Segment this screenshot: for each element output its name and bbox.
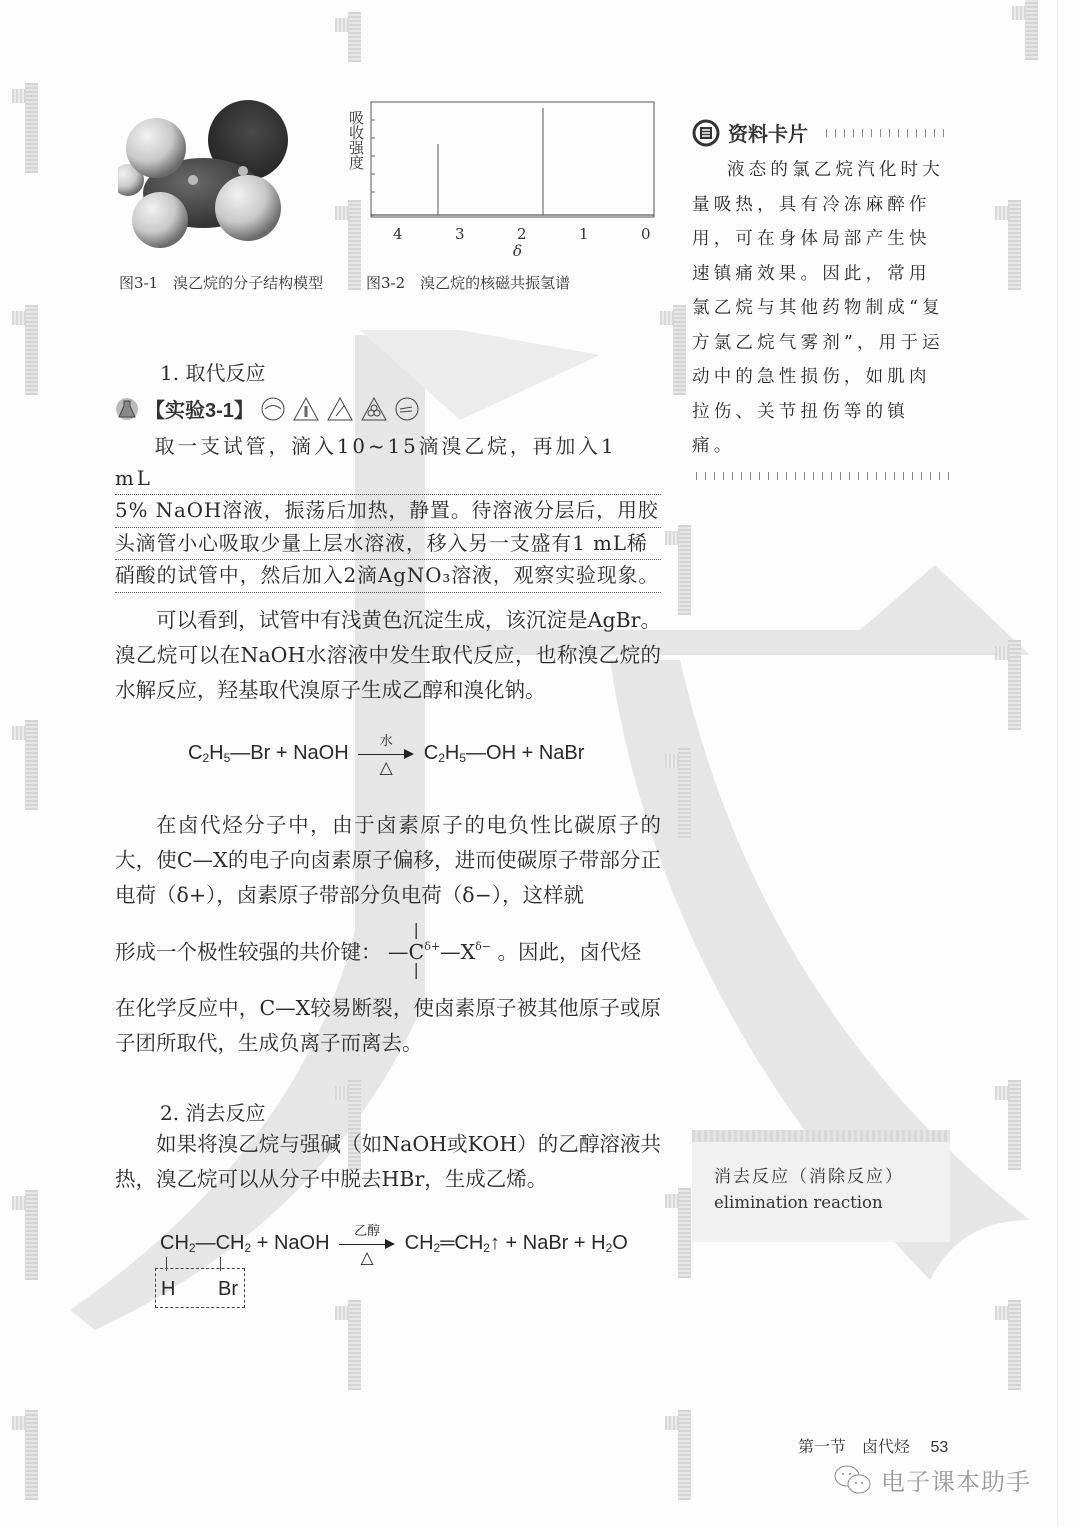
wechat-watermark: 电子课本助手 [833, 1462, 1031, 1497]
watermark-digit [665, 1188, 691, 1278]
equation-hydrolysis: C2H5—Br + NaOH 水 △ C2H5—OH + NaBr [188, 742, 584, 765]
nmr-spectrum-chart [368, 98, 658, 228]
experiment-header: 【实验3-1】 [115, 394, 420, 423]
figure-caption-3-2: 图3-2 溴乙烷的核磁共振氢谱 [366, 272, 570, 293]
watermark-digit [660, 305, 686, 395]
corrosive-warning-icon [326, 396, 354, 422]
watermark-digit [12, 1190, 38, 1280]
wechat-icon [833, 1463, 873, 1497]
eliminated-h: H [161, 1278, 175, 1301]
watermark-digit [995, 640, 1021, 730]
reaction-arrow: 乙醇 △ [339, 1234, 395, 1254]
watermark-digit [995, 1300, 1021, 1390]
paragraph-observation: 可以看到，试管中有浅黄色沉淀生成，该沉淀是AgBr。溴乙烷可以在NaOH水溶液中… [115, 603, 661, 708]
flask-icon [115, 396, 139, 422]
watermark-digit [12, 720, 38, 810]
watermark-digit [12, 305, 38, 395]
info-card-text: 液态的氯乙烷汽化时大量吸热，具有冷冻麻醉作用，可在身体局部产生快速镇痛效果。因此… [692, 153, 950, 464]
glossary-box: 消去反应（消除反应） elimination reaction [692, 1130, 950, 1242]
section-heading-elimination: 2. 消去反应 [160, 1097, 265, 1126]
nmr-xlabel: δ [513, 242, 522, 260]
equation-rhs: C2H5—OH + NaBr [424, 742, 585, 764]
watermark-digit [1012, 0, 1038, 60]
paragraph-elimination: 如果将溴乙烷与强碱（如NaOH或KOH）的乙醇溶液共热，溴乙烷可以从分子中脱去H… [115, 1127, 661, 1197]
reaction-arrow: 水 △ [358, 744, 414, 764]
watermark-digit [665, 525, 691, 615]
watermark-digit [665, 1410, 691, 1500]
condition-below: △ [339, 1248, 395, 1268]
nmr-tick: 4 [393, 225, 403, 243]
bromoethane-model-image [118, 98, 308, 248]
watermark-digit [665, 748, 691, 838]
hand-wash-icon [394, 396, 420, 422]
equation-product: CH2═CH2↑ + NaBr + H2O [405, 1232, 628, 1254]
nmr-tick: 1 [579, 225, 589, 243]
nmr-tick: 0 [641, 225, 651, 243]
equation-reactant: CH2—CH2 [160, 1232, 251, 1254]
watermark-digit [995, 200, 1021, 290]
watermark-digit [995, 1080, 1021, 1170]
equation-lhs: C2H5—Br + NaOH [188, 742, 349, 764]
condition-above: 水 [358, 730, 414, 749]
glossary-term-zh: 消去反应（消除反应） [692, 1142, 950, 1187]
watermark-digit [335, 1300, 361, 1390]
eliminated-hbr-box: H Br [155, 1268, 245, 1308]
experiment-line: 取一支试管，滴入10~15滴溴乙烷，再加入1 mL [115, 431, 661, 495]
nmr-tick: 3 [455, 225, 465, 243]
document-card-icon [692, 119, 720, 147]
glossary-term-en: elimination reaction [692, 1187, 950, 1212]
experiment-procedure: 取一支试管，滴入10~15滴溴乙烷，再加入1 mL 5% NaOH溶液，振荡后加… [115, 431, 661, 593]
nmr-tick: 2 [517, 225, 527, 243]
page-number: 53 [930, 1439, 948, 1456]
paragraph-polarity: 在卤代烃分子中，由于卤素原子的电负性比碳原子的大，使C—X的电子向卤素原子偏移，… [115, 808, 661, 913]
watermark-digit [12, 83, 38, 173]
experiment-label: 【实验3-1】 [145, 394, 254, 423]
flammable-warning-icon [292, 396, 320, 422]
section-heading-substitution: 1. 取代反应 [160, 357, 265, 386]
watermark-digit [335, 12, 361, 62]
info-card-divider [692, 472, 950, 480]
polar-bond-formula: —C||δ+—Xδ− [388, 940, 491, 964]
condition-below: △ [358, 758, 414, 778]
watermark-digit [335, 200, 361, 290]
footer-section: 第一节 卤代烃 [798, 1439, 910, 1456]
equation-elimination: CH2—CH2 + NaOH 乙醇 △ CH2═CH2↑ + NaBr + H2… [160, 1232, 628, 1255]
experiment-line: 硝酸的试管中，然后加入2滴AgNO₃溶液，观察实验现象。 [115, 560, 661, 593]
watermark-brand: 电子课本助手 [881, 1462, 1031, 1497]
watermark-digit [12, 1410, 38, 1500]
experiment-line: 头滴管小心吸取少量上层水溶液，移入另一支盛有1 mL稀 [115, 528, 661, 561]
nmr-ylabel: 吸收强度 [346, 110, 367, 170]
paragraph-polar-bond-line: 形成一个极性较强的共价键： —C||δ+—Xδ− 。因此，卤代烃 [115, 935, 641, 965]
figure-caption-3-1: 图3-1 溴乙烷的分子结构模型 [119, 272, 323, 293]
page-footer: 第一节 卤代烃 53 [798, 1434, 948, 1457]
eliminated-br: Br [218, 1278, 238, 1301]
eye-protection-icon [260, 396, 286, 422]
text-segment: 形成一个极性较强的共价键： [115, 940, 382, 964]
condition-above: 乙醇 [339, 1220, 395, 1239]
equation-reagent: + NaOH [257, 1232, 330, 1254]
text-segment: 。因此，卤代烃 [498, 940, 642, 964]
experiment-line: 5% NaOH溶液，振荡后加热，静置。待溶液分层后，用胶 [115, 495, 661, 528]
page-edge [1057, 0, 1058, 1527]
paragraph-cleavage: 在化学反应中，C—X较易断裂，使卤素原子被其他原子或原子团所取代，生成负离子而离… [115, 991, 661, 1061]
ventilation-warning-icon [360, 396, 388, 422]
info-card: 资料卡片 液态的氯乙烷汽化时大量吸热，具有冷冻麻醉作用，可在身体局部产生快速镇痛… [692, 118, 950, 480]
info-card-title: 资料卡片 [728, 118, 808, 147]
